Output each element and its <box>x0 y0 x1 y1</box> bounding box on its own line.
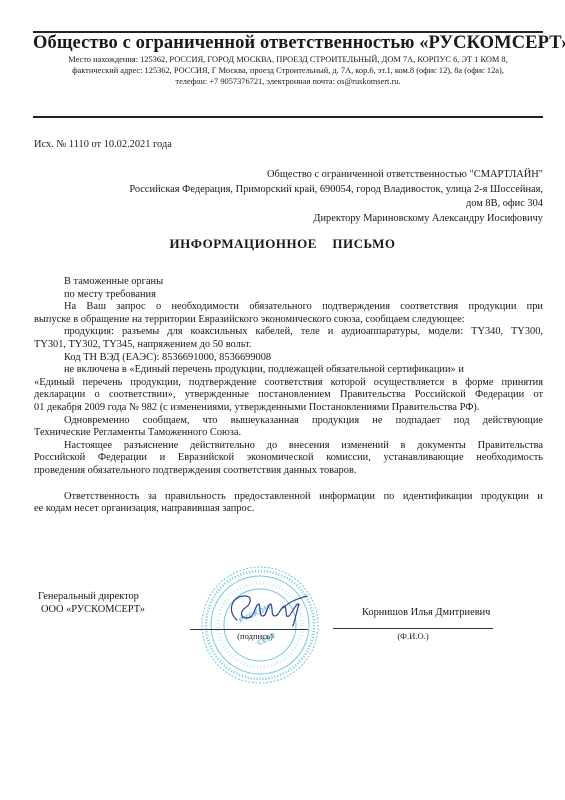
addressee-block: Общество с ограниченной ответственностью… <box>129 168 543 226</box>
letterhead-legal-address: Место нахождения: 125362, РОССИЯ, ГОРОД … <box>33 54 543 65</box>
paragraph-exclusion-line-1: не включена в «Единый перечень продукции… <box>34 364 543 377</box>
signature-line <box>190 629 308 630</box>
name-line <box>333 628 493 629</box>
paragraph-exclusion-line-2: «Единый перечень продукции, подтверждени… <box>34 377 543 390</box>
paragraph-responsibility-line-1: Ответственность за правильность предоста… <box>34 491 543 504</box>
name-caption: (Ф.И.О.) <box>388 631 438 641</box>
signer-full-name: Корнишов Илья Дмитриевич <box>362 607 490 618</box>
paragraph-request-line-1: На Ваш запрос о необходимости обязательн… <box>34 301 543 314</box>
letterhead-contacts: телефон: +7 9057376721, электронная почт… <box>33 76 543 87</box>
letterhead-company-name: Общество с ограниченной ответственностью… <box>33 33 543 54</box>
paragraph-regulations-line-1: Одновременно сообщаем, что вышеуказанная… <box>34 415 543 428</box>
paragraph-exclusion-line-4: 01 декабря 2009 года № 982 (с изменениям… <box>34 402 543 415</box>
paragraph-responsibility-line-2: ее кодам несет организация, направившая … <box>34 503 543 516</box>
addressee-company: Общество с ограниченной ответственностью… <box>129 168 543 183</box>
letterhead-company-info: Место нахождения: 125362, РОССИЯ, ГОРОД … <box>33 54 543 87</box>
addressee-address: Российская Федерация, Приморский край, 6… <box>129 183 543 198</box>
product-description-line-1: продукция: разъемы для коаксильных кабел… <box>34 326 543 339</box>
outgoing-reference: Исх. № 1110 от 10.02.2021 года <box>34 139 172 150</box>
paragraph-validity-line-2: Российской Федерации и Евразийской эконо… <box>34 452 543 465</box>
handwritten-signature-icon <box>225 590 310 630</box>
letter-body: В таможенные органы по месту требования … <box>34 276 543 516</box>
recipient-line-2: по месту требования <box>34 289 543 302</box>
hs-code-line: Код ТН ВЭД (ЕАЭС): 8536691000, 853669900… <box>34 352 543 365</box>
paragraph-validity-line-1: Настоящее разъяснение действительно до в… <box>34 440 543 453</box>
addressee-director: Директору Мариновскому Александру Иосифо… <box>129 212 543 227</box>
paragraph-validity-line-3: проведения обязательного подтверждения с… <box>34 465 543 478</box>
signatory-organization: ООО «РУСКОМСЕРТ» <box>38 603 145 616</box>
product-description-line-2: TY301, TY302, TY345, напряжением до 50 в… <box>34 339 543 352</box>
paragraph-exclusion-line-3: декларации о соответствии», утвержденные… <box>34 389 543 402</box>
signatory-title-block: Генеральный директор ООО «РУСКОМСЕРТ» <box>38 590 145 616</box>
addressee-address-cont: дом 8В, офис 304 <box>129 197 543 212</box>
paragraph-request-line-2: выпуске в обращение на территории Еврази… <box>34 314 543 327</box>
signatory-position: Генеральный директор <box>38 590 145 603</box>
document-title: ИНФОРМАЦИОННОЕ ПИСЬМО <box>0 236 565 252</box>
letterhead-bottom-rule <box>33 116 543 118</box>
signature-caption: (подпись) <box>230 631 280 641</box>
paragraph-gap <box>34 478 543 491</box>
paragraph-regulations-line-2: Технические Регламенты Таможенного Союза… <box>34 427 543 440</box>
recipient-line-1: В таможенные органы <box>34 276 543 289</box>
letterhead-actual-address: фактический адрес: 125362, РОССИЯ, Г Мос… <box>33 65 543 76</box>
